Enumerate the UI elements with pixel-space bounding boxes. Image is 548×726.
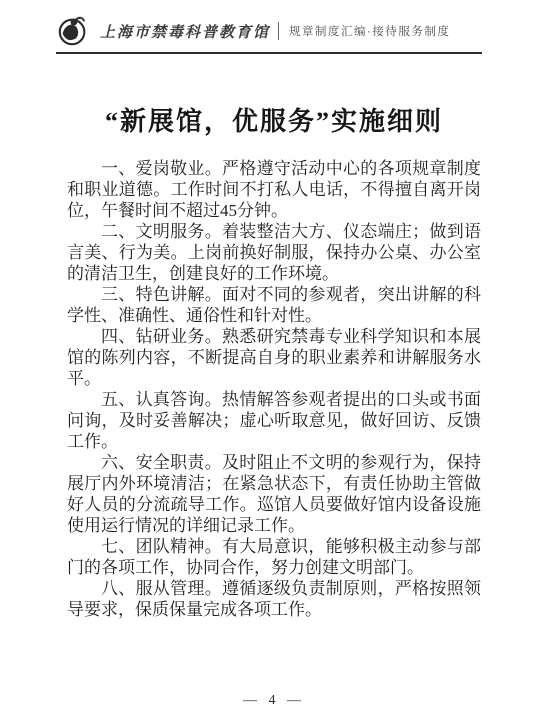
organization-name: 上海市禁毒科普教育馆 [100,21,270,42]
paragraph-4: 四、钻研业务。熟悉研究禁毒专业科学知识和本展馆的陈列内容，不断提高自身的职业素养… [67,326,481,389]
museum-logo-icon [56,14,90,48]
page-title: “新展馆，优服务”实施细则 [0,101,548,138]
page-number: — 4 — [243,693,305,708]
paragraph-2: 二、文明服务。着装整洁大方、仪态端庄；做到语言美、行为美。上岗前换好制服，保持办… [67,221,481,284]
paragraph-6: 六、安全职责。及时阻止不文明的参观行为，保持展厅内外环境清洁；在紧急状态下，有责… [67,452,481,536]
paragraph-5: 五、认真答询。热情解答参观者提出的口头或书面问询，及时妥善解决；虚心听取意见，做… [67,389,481,452]
header-divider [278,22,279,40]
document-subtitle: 规章制度汇编·接待服务制度 [289,23,450,39]
page-header: 上海市禁毒科普教育馆 规章制度汇编·接待服务制度 [56,12,482,54]
document-page: 上海市禁毒科普教育馆 规章制度汇编·接待服务制度 “新展馆，优服务”实施细则 一… [0,0,548,726]
header-rule [56,52,482,54]
paragraph-3: 三、特色讲解。面对不同的参观者，突出讲解的科学性、准确性、通俗性和针对性。 [67,284,481,326]
page-footer: — 4 — [0,693,548,709]
paragraph-1: 一、爱岗敬业。严格遵守活动中心的各项规章制度和职业道德。工作时间不打私人电话，不… [67,158,481,221]
body-paragraphs: 一、爱岗敬业。严格遵守活动中心的各项规章制度和职业道德。工作时间不打私人电话，不… [67,158,481,620]
paragraph-8: 八、服从管理。遵循逐级负责制原则，严格按照领导要求，保质保量完成各项工作。 [67,578,481,620]
header-row: 上海市禁毒科普教育馆 规章制度汇编·接待服务制度 [56,12,482,50]
paragraph-7: 七、团队精神。有大局意识，能够积极主动参与部门的各项工作，协同合作，努力创建文明… [67,536,481,578]
